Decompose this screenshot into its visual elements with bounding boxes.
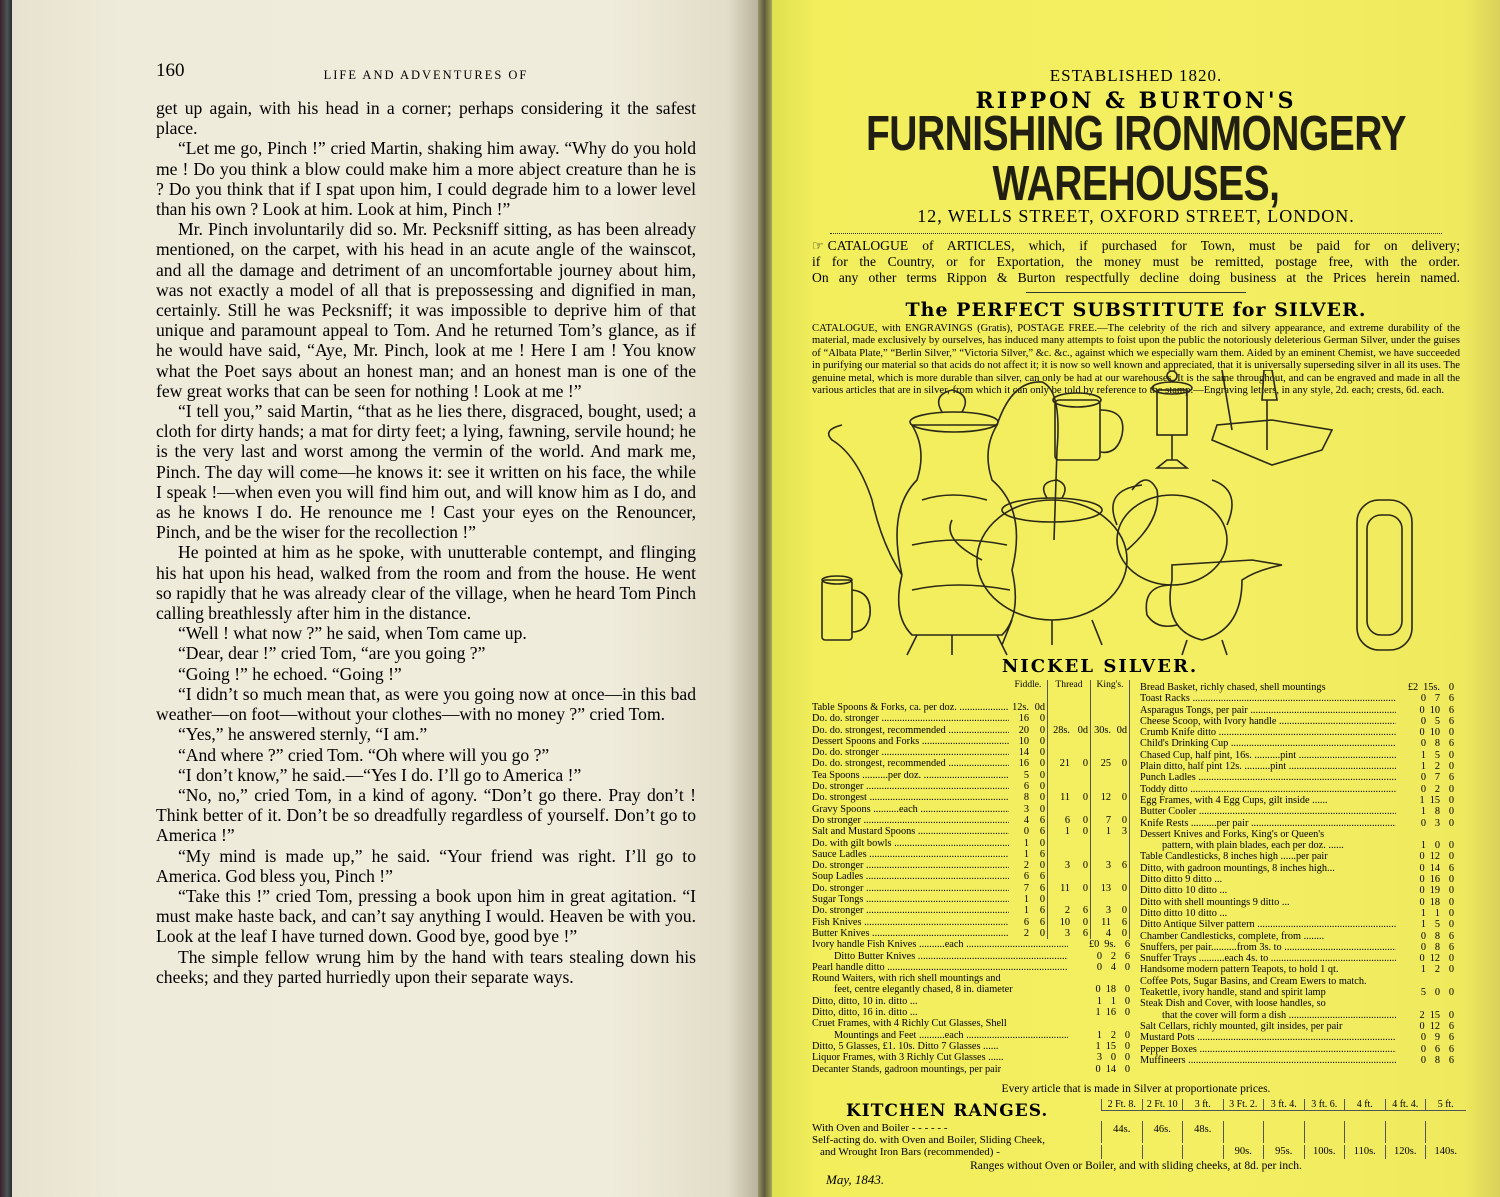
price-row: Sugar Tongs10 [812,894,1130,905]
range-price [1385,1121,1426,1143]
price-row: that the cover will form a dish2150 [1140,1010,1454,1021]
range-size: 3 ft. 6. [1304,1099,1345,1110]
price-row: Coffee Pots, Sugar Basins, and Cream Ewe… [1140,976,1454,987]
left-page-body: get up again, with his head in a corner;… [156,98,696,987]
price-row: Ditto, with gadroon mountings, 8 inches … [1140,863,1454,874]
range-size: 3 ft. [1182,1099,1223,1110]
nickel-table-header: Fiddle. Thread King's. [812,680,1130,702]
price-row: Crumb Knife ditto0100 [1140,727,1454,738]
snuffer-tray-icon [1357,500,1412,650]
range-price: 46s. [1142,1121,1183,1143]
wavy-divider [830,229,1442,234]
perfect-substitute-title: The PERFECT SUBSTITUTE for SILVER. [812,299,1460,321]
price-row: Do. do. strongest, recommended20028s.0d3… [812,725,1130,736]
price-row: Butter Knives203640 [812,928,1130,939]
short-rule [1026,292,1246,293]
price-row: Punch Ladles076 [1140,772,1454,783]
range-with-oven-label: With Oven and Boiler - - - - - - [812,1122,1045,1134]
price-row: Salt and Mustard Spoons061013 [812,826,1130,837]
range-price: 110s. [1344,1145,1385,1159]
price-row: pattern, with plain blades, each per doz… [1140,840,1454,851]
price-row: Salt Cellars, richly mounted, gilt insid… [1140,1021,1454,1032]
paragraph: “No, no,” cried Tom, in a kind of agony.… [156,785,696,846]
range-price: 48s. [1182,1121,1223,1143]
price-row: Chased Cup, half pint, 16s. ..........pi… [1140,750,1454,761]
range-size: 5 ft. [1425,1099,1466,1110]
price-row: Mountings and Feet ..........each120 [812,1030,1130,1041]
paragraph: “Yes,” he answered sternly, “I am.” [156,724,696,744]
price-row: Fish Knives66100116 [812,917,1130,928]
price-row: Gravy Spoons ..........each30 [812,804,1130,815]
price-row: Pepper Boxes066 [1140,1044,1454,1055]
catalogue-note: ☞CATALOGUE of ARTICLES, which, if purcha… [812,238,1460,286]
range-price [1263,1121,1304,1143]
paragraph: Mr. Pinch involuntarily did so. Mr. Peck… [156,219,696,401]
range-price: 100s. [1304,1145,1345,1159]
price-row: Do. stronger60 [812,781,1130,792]
range-size: 3 Ft. 2. [1223,1099,1264,1110]
paragraph: “Dear, dear !” cried Tom, “are you going… [156,643,696,663]
price-row: Bread Basket, richly chased, shell mount… [1140,682,1454,693]
price-row: Handsome modern pattern Teapots, to hold… [1140,964,1454,975]
price-row: Child's Drinking Cup086 [1140,738,1454,749]
paragraph: “And where ?” cried Tom. “Oh where will … [156,745,696,765]
paragraph: “I didn’t so much mean that, as were you… [156,684,696,724]
firm-title: FURNISHING IRONMONGERY WAREHOUSES, [812,110,1460,210]
column-kings: King's. [1091,680,1130,702]
running-head: LIFE AND ADVENTURES OF [156,68,696,83]
nickel-silver-title: NICKEL SILVER. [970,656,1230,677]
range-size: 4 ft. 4. [1385,1099,1426,1110]
price-row: Ditto, 5 Glasses, £1. 10s. Ditto 7 Glass… [812,1041,1130,1052]
caster-icon [1152,371,1192,468]
price-row: Ivory handle Fish Knives ..........each£… [812,939,1130,950]
price-row: Soup Ladles66 [812,871,1130,882]
advert-header: ESTABLISHED 1820. RIPPON & BURTON'S FURN… [812,66,1460,397]
price-row: Pearl handle ditto040 [812,962,1130,973]
range-price: 140s. [1425,1145,1466,1159]
price-row: Do. stronger76110130 [812,883,1130,894]
price-row: Ditto, ditto, 10 in. ditto ...110 [812,996,1130,1007]
price-row: Do. do. stronger140 [812,747,1130,758]
kitchen-range-row-self-acting: 90s.95s.100s.110s.120s.140s. [1101,1145,1466,1159]
tea-service-engraving [812,370,1462,660]
price-row: Asparagus Tongs, per pair0106 [1140,705,1454,716]
price-row: Plain ditto, half pint 12s. ..........pi… [1140,761,1454,772]
paragraph: “I don’t know,” he said.—“Yes I do. I’ll… [156,765,696,785]
price-row: Table Spoons & Forks, ca. per doz.12s.0d [812,702,1130,713]
price-row: Table Candlesticks, 8 inches high ......… [1140,851,1454,862]
price-row: Chamber Candlesticks, complete, from ...… [1140,931,1454,942]
tankard-icon [1053,393,1123,460]
price-row: Do stronger466070 [812,815,1130,826]
paragraph: “Going !” he echoed. “Going !” [156,664,696,684]
range-price [1344,1121,1385,1143]
price-row: Teakettle, ivory handle, stand and spiri… [1140,987,1454,998]
price-row: Decanter Stands, gadroon mountings, per … [812,1064,1130,1075]
paragraph: “Take this !” cried Tom, pressing a book… [156,886,696,947]
price-row: Knife Rests ..........per pair030 [1140,818,1454,829]
kitchen-range-labels: With Oven and Boiler - - - - - - Self-ac… [812,1122,1045,1158]
price-row: Cheese Scoop, with Ivory handle056 [1140,716,1454,727]
price-row: Liquor Frames, with 3 Richly Cut Glasses… [812,1052,1130,1063]
price-row: Toddy ditto020 [1140,784,1454,795]
price-row: Do. with gilt bowls10 [812,838,1130,849]
price-row: Tea Spoons ..........per doz.50 [812,770,1130,781]
range-size: 2 Ft. 10 [1142,1099,1183,1110]
teapot-icon [950,480,1158,645]
range-price [1142,1145,1183,1159]
price-row: Do. do. stronger160 [812,713,1130,724]
price-row: Ditto Antique Silver pattern150 [1140,919,1454,930]
price-row: Ditto ditto 10 ditto ...110 [1140,908,1454,919]
price-row: Do. strongest80110120 [812,792,1130,803]
nickel-silver-price-list-left: Fiddle. Thread King's. Table Spoons & Fo… [812,680,1130,1075]
range-price [1101,1145,1142,1159]
price-row: Cruet Frames, with 4 Richly Cut Glasses,… [812,1018,1130,1029]
price-row: Steak Dish and Cover, with loose handles… [1140,998,1454,1009]
column-thread: Thread [1048,680,1091,702]
range-price [1182,1145,1223,1159]
kitchen-range-sizes: 2 Ft. 8.2 Ft. 103 ft.3 Ft. 2.3 ft. 4.3 f… [1101,1099,1466,1111]
price-row: Do. stronger203036 [812,860,1130,871]
mug-icon [822,576,870,640]
price-row: Snuffer Trays ..........each 4s. to0120 [1140,953,1454,964]
page-gutter [758,0,772,1197]
range-size: 2 Ft. 8. [1101,1099,1142,1110]
price-row: Do. stronger162630 [812,905,1130,916]
price-row: Ditto ditto 10 ditto ...0190 [1140,885,1454,896]
established-line: ESTABLISHED 1820. [812,66,1460,86]
range-size: 3 ft. 4. [1263,1099,1304,1110]
paragraph: “Well ! what now ?” he said, when Tom ca… [156,623,696,643]
price-row: Ditto Butter Knives026 [812,951,1130,962]
range-price: 95s. [1263,1145,1304,1159]
price-row: Do. do. strongest, recommended160210250 [812,758,1130,769]
kitchen-range-note: Ranges without Oven or Boiler, and with … [812,1160,1460,1172]
range-price: 120s. [1385,1145,1426,1159]
range-self-acting-label: Self-acting do. with Oven and Boiler, Sl… [812,1134,1045,1146]
price-row: Ditto ditto 9 ditto ...0160 [1140,874,1454,885]
column-fiddle: Fiddle. [1009,680,1048,702]
nickel-silver-price-list-right: Bread Basket, richly chased, shell mount… [1140,682,1454,1066]
proportionate-prices-note: Every article that is made in Silver at … [812,1083,1460,1095]
candlestick-icon [1212,370,1332,465]
range-price [1425,1121,1466,1143]
kitchen-ranges-title: KITCHEN RANGES. [846,1101,1048,1121]
paragraph: “I tell you,” said Martin, “that as he l… [156,401,696,542]
range-size: 4 ft. [1344,1099,1385,1110]
price-row: Ditto with shell mountings 9 ditto ...01… [1140,897,1454,908]
price-row: Snuffers, per pair..........from 3s. to0… [1140,942,1454,953]
paragraph: “Let me go, Pinch !” cried Martin, shaki… [156,138,696,219]
price-row: Ditto, ditto, 16 in. ditto ...1160 [812,1007,1130,1018]
cream-ewer-icon [1146,560,1282,655]
price-row: Round Waiters, with rich shell mountings… [812,973,1130,984]
price-row: Toast Racks076 [1140,693,1454,704]
price-row: Dessert Spoons and Forks100 [812,736,1130,747]
range-price: 44s. [1101,1121,1142,1143]
paragraph: The simple fellow wrung him by the hand … [156,947,696,987]
paragraph: “My mind is made up,” he said. “Your fri… [156,846,696,886]
range-price: 90s. [1223,1145,1264,1159]
price-row: Dessert Knives and Forks, King's or Quee… [1140,829,1454,840]
paragraph: get up again, with his head in a corner;… [156,98,696,138]
left-page-header: 160 LIFE AND ADVENTURES OF [156,58,696,88]
pointing-hand-icon: ☞ [812,238,824,254]
paragraph: He pointed at him as he spoke, with unut… [156,542,696,623]
coffee-pot-icon [829,382,1058,655]
range-price [1223,1121,1264,1143]
price-row: Butter Cooler180 [1140,806,1454,817]
kitchen-range-row-oven: 44s.46s.48s. [1101,1121,1466,1143]
price-row: Egg Frames, with 4 Egg Cups, gilt inside… [1140,795,1454,806]
issue-date: May, 1843. [826,1172,884,1188]
price-row: feet, centre elegantly chased, 8 in. dia… [812,984,1130,995]
range-price [1304,1121,1345,1143]
book-spine-edge [0,0,12,1197]
price-row: Muffineers086 [1140,1055,1454,1066]
price-row: Sauce Ladles16 [812,849,1130,860]
price-row: Mustard Pots096 [1140,1032,1454,1043]
